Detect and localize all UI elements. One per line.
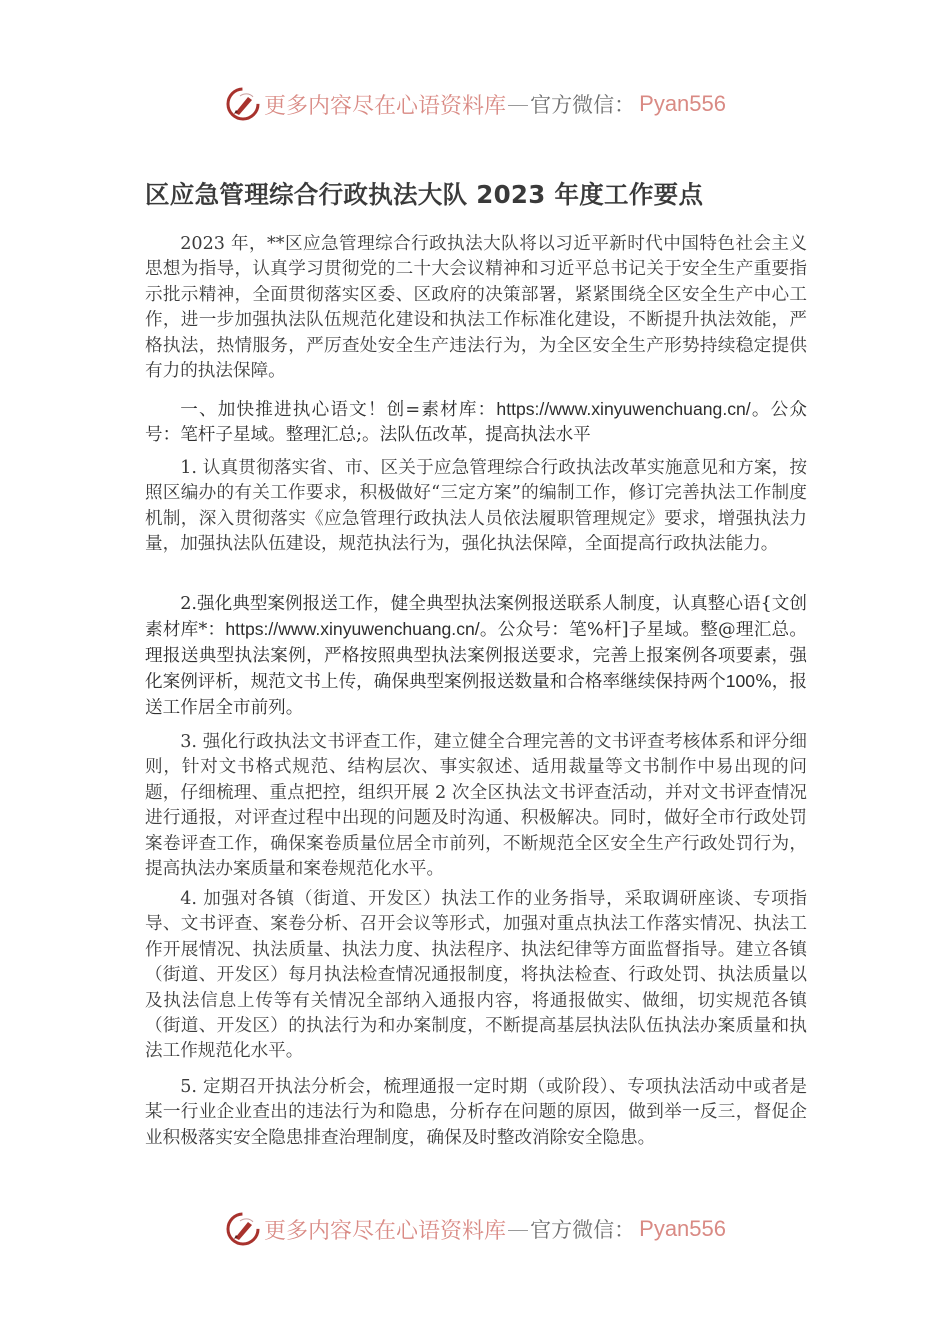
section1-text-a: 一、加快推进执心语文！创=素材库： [180, 400, 496, 420]
watermark-code: Pyan556 [639, 1216, 726, 1242]
watermark-separator [508, 1230, 528, 1231]
watermark-banner-top: 更多内容尽在心语资料库 官方微信： Pyan556 [226, 84, 726, 124]
paragraph-item-2: 2.强化典型案例报送工作，健全典型执法案例报送联系人制度，认真整心语{文创素材库… [145, 592, 807, 721]
document-title: 区应急管理综合行政执法大队 2023 年度工作要点 [145, 176, 825, 211]
pen-logo-icon [226, 1212, 260, 1246]
section-heading-1: 一、加快推进执心语文！创=素材库：https://www.xinyuwenchu… [145, 397, 807, 449]
paragraph-item-1: 1. 认真贯彻落实省、市、区关于应急管理综合行政执法改革实施意见和方案，按照区编… [145, 456, 807, 558]
watermark-label: 官方微信： [530, 1214, 635, 1244]
watermark-code: Pyan556 [639, 91, 726, 117]
document-page: 更多内容尽在心语资料库 官方微信： Pyan556 区应急管理综合行政执法大队 … [0, 0, 950, 1344]
item2-url: https://www.xinyuwenchuang.cn/ [225, 619, 479, 639]
paragraph-intro: 2023 年，**区应急管理综合行政执法大队将以习近平新时代中国特色社会主义思想… [145, 232, 807, 384]
section1-url: https://www.xinyuwenchuang.cn/ [496, 399, 750, 419]
watermark-banner-bottom: 更多内容尽在心语资料库 官方微信： Pyan556 [226, 1209, 726, 1249]
pen-logo-icon [226, 87, 260, 121]
paragraph-item-4: 4. 加强对各镇（街道、开发区）执法工作的业务指导，采取调研座谈、专项指导、文书… [145, 887, 807, 1065]
watermark-brand: 更多内容尽在心语资料库 [264, 1214, 506, 1245]
paragraph-item-5: 5. 定期召开执法分析会，梳理通报一定时期（或阶段）、专项执法活动中或者是某一行… [145, 1075, 807, 1151]
paragraph-item-3: 3. 强化行政执法文书评查工作，建立健全合理完善的文书评查考核体系和评分细则，针… [145, 730, 807, 882]
item2-number: 100 [726, 671, 755, 691]
watermark-label: 官方微信： [530, 89, 635, 119]
watermark-separator [508, 105, 528, 106]
watermark-brand: 更多内容尽在心语资料库 [264, 89, 506, 120]
